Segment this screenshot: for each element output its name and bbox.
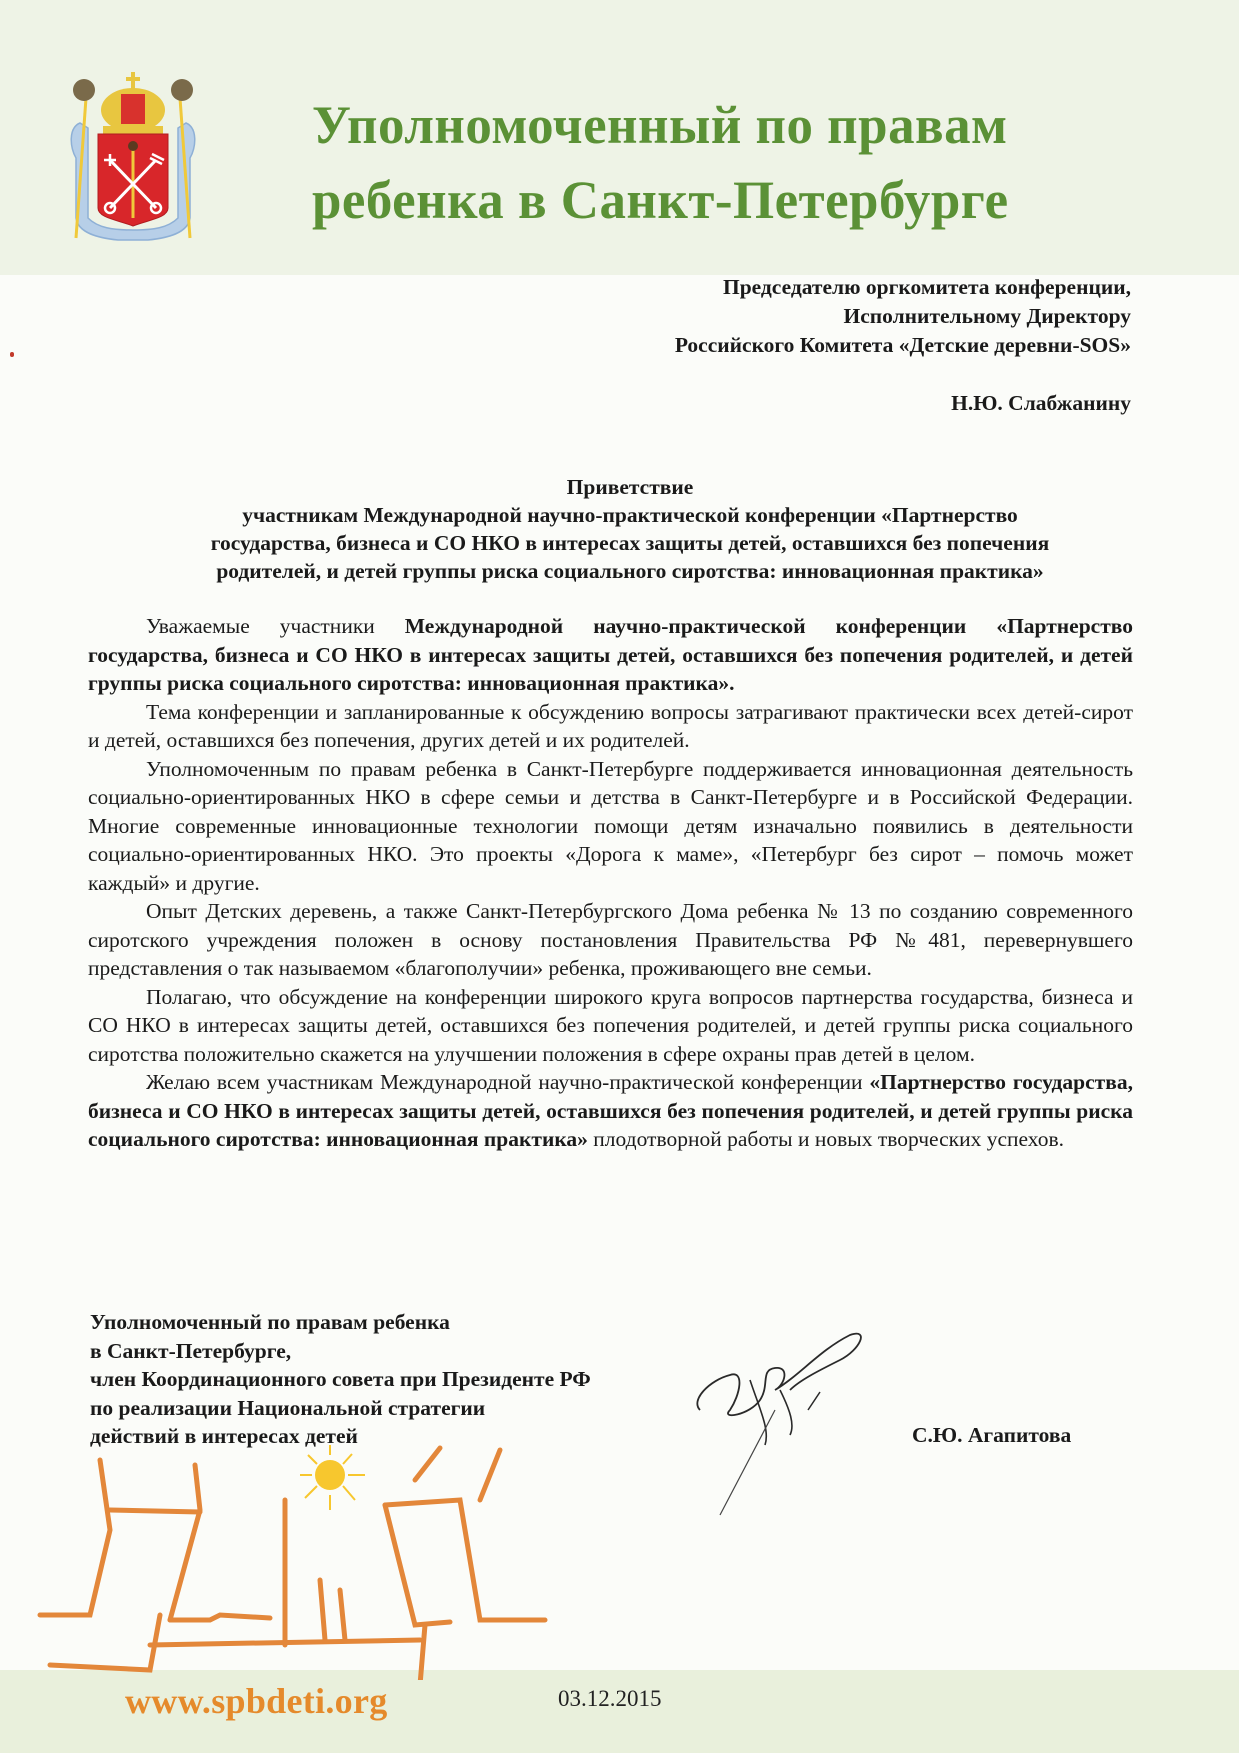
addressee-line: Председателю оргкомитета конференции, bbox=[675, 273, 1131, 302]
paragraph-text: Уважаемые участники bbox=[146, 614, 405, 638]
paragraph-5: Полагаю, что обсуждение на конференции ш… bbox=[88, 983, 1133, 1069]
position-line: по реализации Национальной стратегии bbox=[90, 1394, 591, 1423]
greeting-title: Приветствие bbox=[110, 473, 1150, 501]
greeting-subtitle-line: участникам Международной научно-практиче… bbox=[110, 501, 1150, 529]
organization-title: Уполномоченный по правам ребенка в Санкт… bbox=[312, 88, 1174, 238]
addressee-line: Российского Комитета «Детские деревни-SO… bbox=[675, 331, 1131, 360]
addressee-block: Председателю оргкомитета конференции, Ис… bbox=[675, 273, 1131, 418]
paragraph-1: Уважаемые участники Международной научно… bbox=[88, 612, 1133, 698]
addressee-name: Н.Ю. Слабжанину bbox=[675, 389, 1131, 418]
website-link[interactable]: www.spbdeti.org bbox=[125, 1680, 388, 1722]
paragraph-text: плодотворной работы и новых творческих у… bbox=[588, 1127, 1064, 1151]
signatory-position: Уполномоченный по правам ребенка в Санкт… bbox=[90, 1308, 591, 1451]
paragraph-6: Желаю всем участникам Международной науч… bbox=[88, 1068, 1133, 1154]
greeting-heading: Приветствие участникам Международной нау… bbox=[110, 473, 1150, 585]
organization-title-line-1: Уполномоченный по правам bbox=[312, 88, 1174, 163]
greeting-subtitle-line: родителей, и детей группы риска социальн… bbox=[110, 557, 1150, 585]
document-date: 03.12.2015 bbox=[558, 1686, 662, 1712]
scan-mark bbox=[10, 352, 14, 357]
paragraph-2: Тема конференции и запланированные к обс… bbox=[88, 698, 1133, 755]
greeting-subtitle-line: государства, бизнеса и СО НКО в интереса… bbox=[110, 529, 1150, 557]
letter-body: Уважаемые участники Международной научно… bbox=[88, 612, 1133, 1154]
drawbridge-sun-logo-icon bbox=[20, 1440, 580, 1680]
addressee-line: Исполнительному Директору bbox=[675, 302, 1131, 331]
organization-title-line-2: ребенка в Санкт-Петербурге bbox=[312, 163, 1174, 238]
coat-of-arms-icon bbox=[58, 68, 208, 253]
position-line: член Координационного совета при Президе… bbox=[90, 1365, 591, 1394]
paragraph-text: Желаю всем участникам Международной науч… bbox=[146, 1070, 869, 1094]
paragraph-4: Опыт Детских деревень, а также Санкт-Пет… bbox=[88, 897, 1133, 983]
signatory-name: С.Ю. Агапитова bbox=[912, 1423, 1071, 1448]
handwritten-signature-icon bbox=[690, 1320, 930, 1520]
position-line: в Санкт-Петербурге, bbox=[90, 1337, 591, 1366]
paragraph-3: Уполномоченным по правам ребенка в Санкт… bbox=[88, 755, 1133, 898]
position-line: Уполномоченный по правам ребенка bbox=[90, 1308, 591, 1337]
